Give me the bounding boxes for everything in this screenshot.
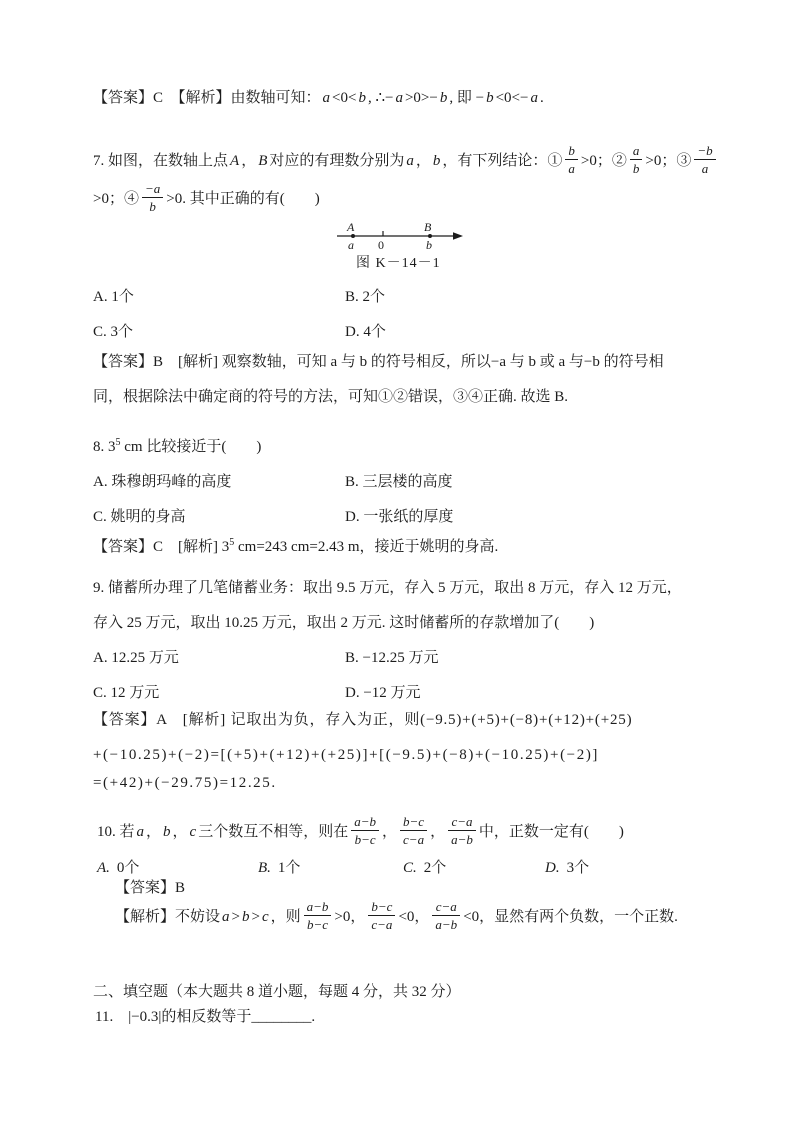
text-segment: ， xyxy=(241,153,256,169)
text-segment: 7. 如图，在数轴上点 xyxy=(93,153,228,169)
figure-caption: 图 K－14－1 xyxy=(356,252,441,272)
text-segment: >0；③ xyxy=(645,153,691,169)
fraction-denominator: c−a xyxy=(400,831,427,847)
fraction-numerator: −a xyxy=(142,181,163,198)
q10-options-row: A.0个 B.1个 C.2个 D.3个 xyxy=(93,858,717,880)
math-variable: A xyxy=(228,153,241,169)
zero-label: 0 xyxy=(378,238,384,252)
fraction-denominator: b xyxy=(630,160,643,176)
question-11-line: 11. |−0.3|的相反数等于________. xyxy=(95,1007,315,1027)
q9-option-b: B. −12.25 万元 xyxy=(345,648,438,668)
q7-option-a: A. 1个 xyxy=(93,287,134,307)
fraction-numerator: b−c xyxy=(368,899,395,916)
question-7-line-2: >0；④−ab>0. 其中正确的有( ) xyxy=(93,179,320,219)
text-segment: . xyxy=(540,90,544,106)
answer-9-line-3: =(+42)+(−29.75)=12.25. xyxy=(93,773,277,793)
q7-option-b: B. 2个 xyxy=(345,287,385,307)
text-segment: 对应的有理数分别为 xyxy=(269,153,404,169)
math-variable: b xyxy=(240,909,252,925)
fraction: b−cc−a xyxy=(368,899,395,932)
q10-option-a: A.0个 xyxy=(97,858,139,878)
text-segment: , 即 − xyxy=(449,90,484,106)
q8-option-a: A. 珠穆朗玛峰的高度 xyxy=(93,472,231,492)
math-variable: b xyxy=(438,90,450,106)
text-segment: >0；② xyxy=(581,153,627,169)
q7-option-d: D. 4个 xyxy=(345,322,386,342)
q10-option-c-text: 2个 xyxy=(424,860,447,876)
q8-option-d: D. 一张纸的厚度 xyxy=(345,507,453,527)
value-b-label: b xyxy=(426,238,432,252)
section-2-heading: 二、填空题（本大题共 8 道小题，每题 4 分，共 32 分） xyxy=(93,982,461,1002)
question-9-line-1: 9. 储蓄所办理了几笔储蓄业务：取出 9.5 万元，存入 5 万元，取出 8 万… xyxy=(93,578,682,598)
answer-7-line-1: 【答案】B [解析] 观察数轴，可知 a 与 b 的符号相反，所以−a 与 b … xyxy=(93,352,664,372)
math-variable: a xyxy=(404,153,416,169)
text-segment: >0， xyxy=(334,909,365,925)
text-segment: 10. 若 xyxy=(97,824,135,840)
fraction-denominator: a xyxy=(565,160,578,176)
q10-option-c: C.2个 xyxy=(403,858,446,878)
math-variable: c xyxy=(260,909,271,925)
text-segment: , ∴− xyxy=(368,90,394,106)
math-variable: a xyxy=(393,90,405,106)
fraction: b−cc−a xyxy=(400,814,427,847)
text-segment: 8. 3 xyxy=(93,439,116,455)
answer-9-line-1: 【答案】A [解析] 记取出为负，存入为正，则(−9.5)+(+5)+(−8)+… xyxy=(93,710,632,730)
math-variable: b xyxy=(484,90,496,106)
q8-options-row-2: C. 姚明的身高 D. 一张纸的厚度 xyxy=(93,507,717,529)
answer-9-line-2: +(−10.25)+(−2)=[(+5)+(+12)+(+25)]+[(−9.5… xyxy=(93,745,599,765)
text-segment: ， xyxy=(416,153,431,169)
answer-8-line: 【答案】C [解析] 35 cm=243 cm=2.43 m，接近于姚明的身高. xyxy=(93,537,498,557)
fraction-denominator: b xyxy=(142,198,163,214)
text-segment: 【解析】不妨设 xyxy=(115,909,220,925)
text-segment: >0. 其中正确的有( ) xyxy=(166,191,319,207)
analysis-10-line: 【解析】不妨设a>b>c，则a−bb−c>0，b−cc−a<0，c−aa−b<0… xyxy=(115,897,678,937)
q10-option-b: B.1个 xyxy=(258,858,300,878)
fraction: a−bb−c xyxy=(351,814,379,847)
math-variable: a xyxy=(135,824,147,840)
q9-option-d: D. −12 万元 xyxy=(345,683,421,703)
text-segment: <0， xyxy=(398,909,429,925)
text-segment: >0>− xyxy=(405,90,438,106)
text-segment: > xyxy=(251,909,259,925)
fraction-numerator: a xyxy=(630,143,643,160)
q10-option-c-letter: C. xyxy=(403,860,417,876)
fraction-denominator: c−a xyxy=(368,916,395,932)
text-segment: ， xyxy=(146,824,161,840)
math-variable: a xyxy=(321,90,333,106)
fraction: a−bb−c xyxy=(304,899,332,932)
text-segment: 中，正数一定有( ) xyxy=(479,824,624,840)
text-segment: > xyxy=(232,909,240,925)
fraction-numerator: c−a xyxy=(432,899,460,916)
q10-option-d-letter: D. xyxy=(545,860,560,876)
question-8-line: 8. 35 cm 比较接近于( ) xyxy=(93,437,261,457)
q10-option-a-text: 0个 xyxy=(117,860,140,876)
q9-options-row-1: A. 12.25 万元 B. −12.25 万元 xyxy=(93,648,717,670)
fraction-numerator: a−b xyxy=(351,814,379,831)
fraction: c−aa−b xyxy=(432,899,460,932)
text-segment: <0，显然有两个负数，一个正数. xyxy=(463,909,678,925)
fraction-numerator: −b xyxy=(694,143,715,160)
value-a-label: a xyxy=(348,238,354,252)
question-10-line: 10. 若a，b，c三个数互不相等，则在a−bb−c，b−cc−a，c−aa−b… xyxy=(97,812,624,852)
q7-options-row-1: A. 1个 B. 2个 xyxy=(93,287,717,309)
math-variable: b xyxy=(431,153,443,169)
text-segment: cm 比较接近于( ) xyxy=(121,439,262,455)
text-segment: 【答案】C 【解析】由数轴可知： xyxy=(93,90,321,106)
fraction: c−aa−b xyxy=(448,814,476,847)
q9-options-row-2: C. 12 万元 D. −12 万元 xyxy=(93,683,717,705)
fraction-numerator: b xyxy=(565,143,578,160)
question-7-line-1: 7. 如图，在数轴上点A，B对应的有理数分别为a，b，有下列结论：①ba>0；②… xyxy=(93,141,719,181)
q8-option-b: B. 三层楼的高度 xyxy=(345,472,453,492)
q8-options-row-1: A. 珠穆朗玛峰的高度 B. 三层楼的高度 xyxy=(93,472,717,494)
point-b-label: B xyxy=(424,220,432,234)
q8-option-c: C. 姚明的身高 xyxy=(93,507,186,527)
text-segment: ，有下列结论：① xyxy=(442,153,562,169)
q10-option-b-letter: B. xyxy=(258,860,271,876)
text-segment: <0<− xyxy=(496,90,529,106)
text-segment: ，则 xyxy=(271,909,301,925)
q10-option-d-text: 3个 xyxy=(567,860,590,876)
fraction-denominator: a xyxy=(694,160,715,176)
text-segment: >0；④ xyxy=(93,191,139,207)
answer-6-line: 【答案】C 【解析】由数轴可知：a<0<b, ∴−a>0>−b, 即 −b<0<… xyxy=(93,88,544,108)
q9-option-a: A. 12.25 万元 xyxy=(93,648,179,668)
fraction: −ab xyxy=(142,181,163,214)
fraction: −ba xyxy=(694,143,715,176)
fraction-numerator: b−c xyxy=(400,814,427,831)
point-a-label: A xyxy=(346,220,355,234)
fraction: ab xyxy=(630,143,643,176)
fraction-numerator: a−b xyxy=(304,899,332,916)
text-segment: 三个数互不相等，则在 xyxy=(198,824,348,840)
text-segment: ， xyxy=(430,824,445,840)
text-segment: ， xyxy=(173,824,188,840)
question-9-line-2: 存入 25 万元，取出 10.25 万元，取出 2 万元. 这时储蓄所的存款增加… xyxy=(93,613,594,633)
math-variable: c xyxy=(188,824,199,840)
answer-7-line-2: 同，根据除法中确定商的符号的方法，可知①②错误，③④正确. 故选 B. xyxy=(93,387,568,407)
answer-10-line: 【答案】B xyxy=(115,878,185,898)
q10-option-b-text: 1个 xyxy=(278,860,301,876)
fraction-denominator: b−c xyxy=(351,831,379,847)
q10-option-a-letter: A. xyxy=(97,860,110,876)
axis-arrow-icon xyxy=(453,232,463,239)
text-segment: cm=243 cm=2.43 m，接近于姚明的身高. xyxy=(234,539,498,555)
fraction-denominator: a−b xyxy=(432,916,460,932)
math-variable: b xyxy=(356,90,368,106)
worksheet-page: 【答案】C 【解析】由数轴可知：a<0<b, ∴−a>0>−b, 即 −b<0<… xyxy=(0,0,793,1122)
q9-option-c: C. 12 万元 xyxy=(93,683,159,703)
text-segment: ， xyxy=(382,824,397,840)
q7-options-row-2: C. 3个 D. 4个 xyxy=(93,322,717,344)
fraction: ba xyxy=(565,143,578,176)
fraction-denominator: b−c xyxy=(304,916,332,932)
fraction-denominator: a−b xyxy=(448,831,476,847)
fraction-numerator: c−a xyxy=(448,814,476,831)
math-variable: b xyxy=(161,824,173,840)
math-variable: a xyxy=(220,909,232,925)
text-segment: 【答案】C [解析] 3 xyxy=(93,539,229,555)
text-segment: <0< xyxy=(332,90,356,106)
q10-option-d: D.3个 xyxy=(545,858,589,878)
number-line-svg: A a 0 B b xyxy=(337,220,465,252)
math-variable: B xyxy=(256,153,269,169)
q7-option-c: C. 3个 xyxy=(93,322,133,342)
math-variable: a xyxy=(528,90,540,106)
